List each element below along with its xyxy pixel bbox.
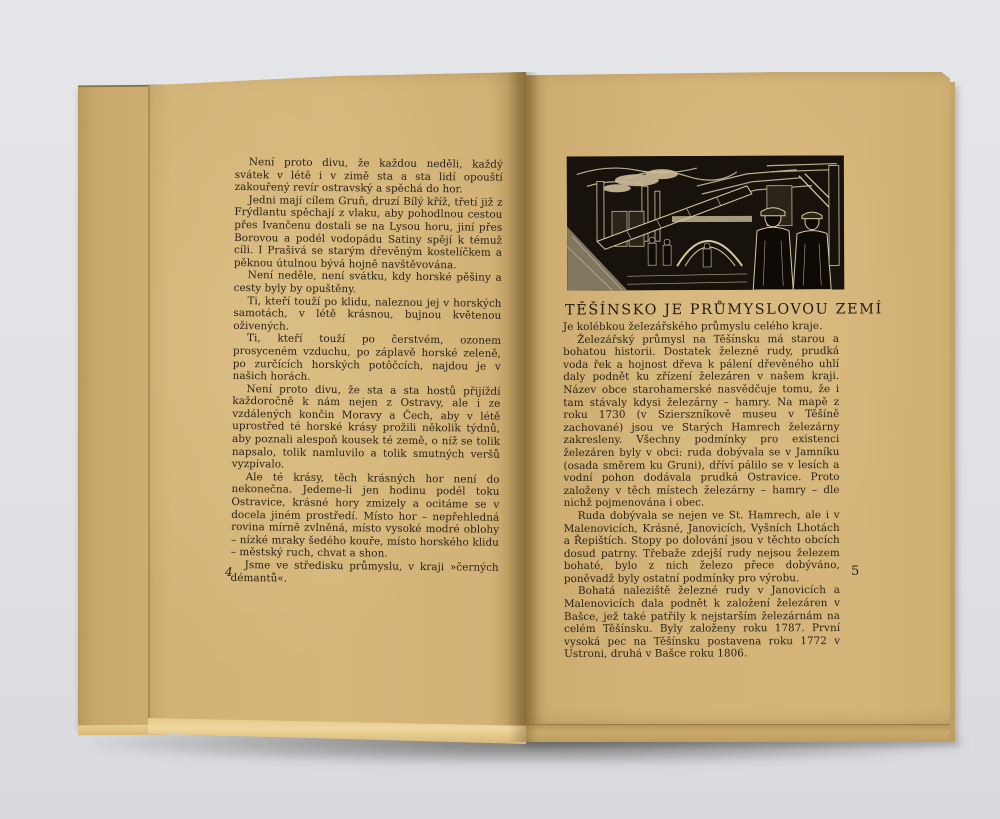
right-paragraph: Je kolébkou železářského průmyslu celého… [563, 320, 839, 334]
left-paragraph: Ti, kteří touží po čerstvém, ozonem pros… [233, 332, 502, 385]
photo-scene: Není proto divu, že každou neděli, každý… [0, 0, 1000, 819]
right-page-number: 5 [851, 564, 859, 579]
book-gutter [508, 72, 538, 742]
left-paragraph: Jedni mají cílem Gruň, druzí Bílý kříž, … [234, 194, 503, 272]
right-paragraph: Ruda dobývala se nejen ve St. Hamrech, a… [564, 509, 840, 586]
left-paragraph: Není proto divu, že každou neděli, každý… [235, 156, 503, 197]
left-paragraph: Ti, kteří touží po klidu, naleznou jej v… [233, 295, 501, 336]
chapter-title: TĚŠÍNSKO JE PRŮMYSLOVOU ZEMÍ [565, 302, 839, 319]
left-paragraph: Není proto divu, že sta a sta hostů přij… [232, 383, 501, 474]
industrial-scene-image [567, 156, 844, 291]
left-paragraph: Není neděle, není svátku, kdy horské pěš… [234, 269, 502, 297]
right-paragraph: Bohatá naleziště železné rudy v Janovicí… [564, 585, 840, 662]
left-page-text: Není proto divu, že každou neděli, každý… [231, 156, 503, 587]
right-paragraph: Železářský průmysl na Těšínsku má starou… [563, 333, 840, 510]
left-paragraph: Jsme ve středisku průmyslu, v kraji »čer… [231, 559, 499, 587]
left-paragraph: Ale té krásy, těch krásných hor není do … [231, 471, 500, 562]
right-page-text: Je kolébkou železářského průmyslu celého… [563, 320, 840, 661]
woodcut-illustration [567, 156, 844, 291]
left-page-number: 4 [225, 565, 233, 579]
right-page-edge [525, 724, 950, 741]
